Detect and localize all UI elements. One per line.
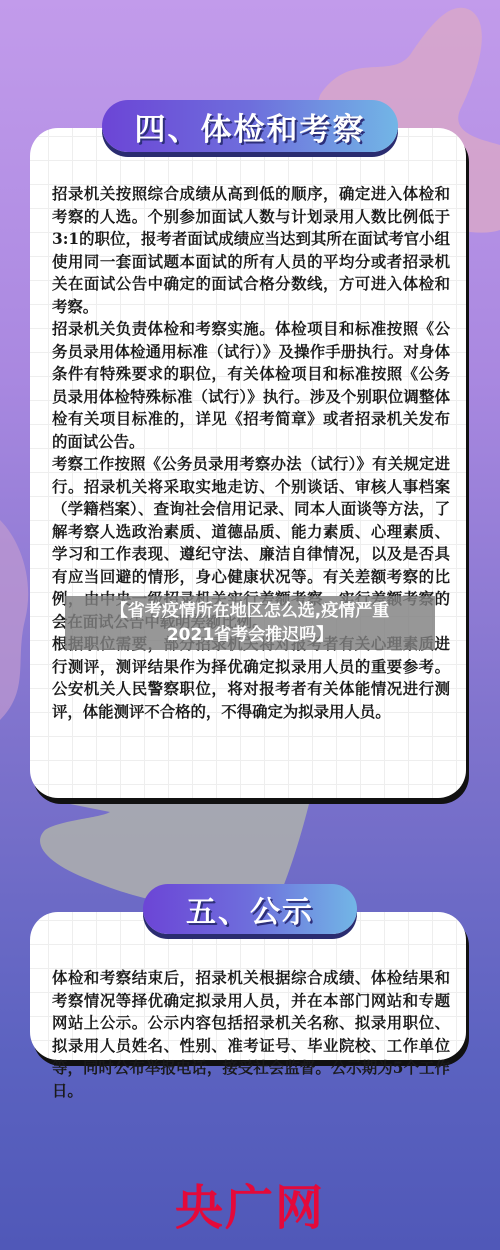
section-title-physical-exam: 四、体检和考察 bbox=[102, 100, 398, 152]
paragraph: 体检和考察结束后，招录机关根据综合成绩、体检结果和考察情况等择优确定拟录用人员，… bbox=[52, 967, 450, 1102]
paragraph: 招录机关负责体检和考察实施。体检项目和标准按照《公务员录用体检通用标准（试行）》… bbox=[52, 318, 450, 453]
section-title-publicity: 五、公示 bbox=[143, 884, 357, 934]
section-title-text: 五、公示 bbox=[186, 887, 314, 931]
section-body-publicity: 体检和考察结束后，招录机关根据综合成绩、体检结果和考察情况等择优确定拟录用人员，… bbox=[52, 967, 450, 1102]
headline-overlay[interactable]: 【省考疫情所在地区怎么选,疫情严重 2021省考会推迟吗】 bbox=[65, 596, 435, 650]
headline-line-1: 【省考疫情所在地区怎么选,疫情严重 bbox=[111, 599, 389, 623]
headline-line-2: 2021省考会推迟吗】 bbox=[167, 623, 333, 647]
paragraph: 招录机关按照综合成绩从高到低的顺序，确定进入体检和考察的人选。个别参加面试人数与… bbox=[52, 183, 450, 318]
cnr-logo: 央广网 bbox=[175, 1180, 325, 1236]
section-title-text: 四、体检和考察 bbox=[135, 104, 366, 149]
